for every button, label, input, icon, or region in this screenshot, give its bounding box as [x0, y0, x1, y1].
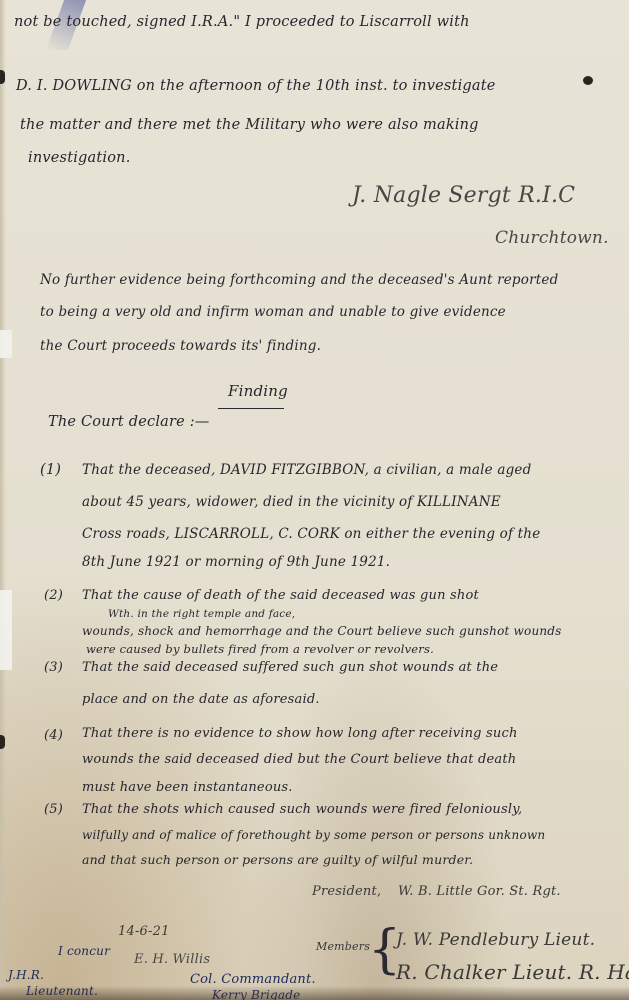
evidence-line: D. I. DOWLING on the afternoon of the 10… [16, 78, 496, 94]
closing-line: the Court proceeds towards its' finding. [40, 338, 321, 354]
finding-item-line: That the shots which caused such wounds … [82, 802, 522, 817]
evidence-line: the matter and there met the Military wh… [20, 117, 479, 133]
bottom-left-initials: J.H.R. [8, 968, 44, 982]
president-label: President, [312, 884, 381, 899]
concur-signature: E. H. Willis [134, 952, 210, 967]
witness-station: Churchtown. [495, 228, 609, 248]
finding-item-number: (5) [44, 802, 63, 817]
evidence-line: investigation. [28, 150, 131, 166]
closing-line: to being a very old and infirm woman and… [40, 304, 506, 320]
concur-label: I concur [58, 944, 110, 958]
finding-item-line: wounds, shock and hemorrhage and the Cou… [82, 624, 562, 638]
finding-item-number: (2) [44, 588, 63, 603]
finding-item-line: wilfully and of malice of forethought by… [82, 828, 545, 842]
finding-item-line: were caused by bullets fired from a revo… [86, 642, 434, 656]
document-page: not be touched, signed I.R.A." I proceed… [0, 0, 629, 1000]
punch-hole [0, 735, 5, 749]
paper-tab [0, 330, 12, 358]
witness-signature: J. Nagle Sergt R.I.C [352, 183, 575, 208]
finding-item-number: (4) [44, 728, 63, 743]
finding-item-line: Cross roads, LISCARROLL, C. CORK on eith… [82, 526, 540, 542]
finding-heading: Finding [228, 382, 288, 400]
finding-item-number: (1) [40, 462, 61, 478]
paper-tab [0, 590, 12, 670]
finding-item-insertion: Wth. in the right temple and face, [108, 608, 295, 620]
finding-item-line: That the cause of death of the said dece… [82, 588, 479, 603]
closing-line: No further evidence being forthcoming an… [40, 272, 558, 288]
finding-item-number: (3) [44, 660, 63, 675]
members-label: Members [316, 940, 370, 953]
president-signature: W. B. Little Gor. St. Rgt. [398, 884, 561, 899]
finding-intro: The Court declare :— [48, 414, 210, 430]
inquiry-date: 14-6-21 [118, 924, 170, 939]
finding-item-line: That there is no evidence to show how lo… [82, 726, 518, 741]
paper-edge [0, 0, 6, 1000]
concur-title: Col. Commandant. [190, 972, 316, 987]
finding-item-line: about 45 years, widower, died in the vic… [82, 494, 501, 510]
punch-hole [583, 76, 593, 85]
punch-hole [0, 70, 5, 84]
scan-shadow [0, 986, 629, 1000]
finding-item-line: That the deceased, DAVID FITZGIBBON, a c… [82, 462, 531, 478]
evidence-line: not be touched, signed I.R.A." I proceed… [14, 14, 470, 30]
finding-item-line: That the said deceased suffered such gun… [82, 660, 498, 675]
member-signature: R. Chalker Lieut. R. Ha. [396, 960, 629, 984]
heading-underline [218, 408, 284, 409]
finding-item-line: must have been instantaneous. [82, 780, 293, 795]
finding-item-line: wounds the said deceased died but the Co… [82, 752, 516, 767]
member-signature: J. W. Pendlebury Lieut. [396, 930, 595, 950]
finding-item-line: place and on the date as aforesaid. [82, 692, 320, 707]
finding-item-line: and that such person or persons are guil… [82, 852, 473, 867]
finding-item-line: 8th June 1921 or morning of 9th June 192… [82, 554, 390, 570]
